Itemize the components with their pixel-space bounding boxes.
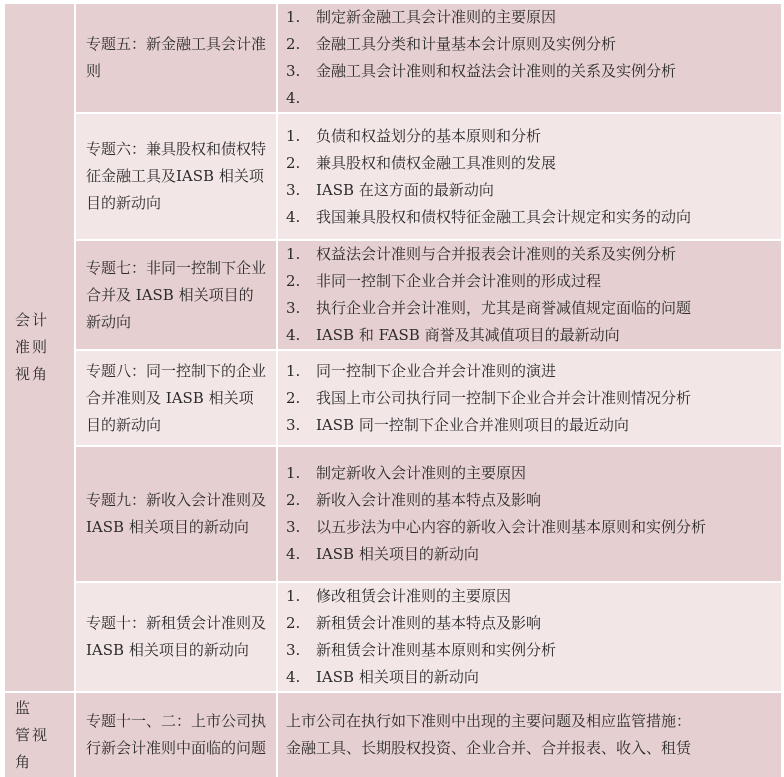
list-item: 2.兼具股权和债权金融工具准则的发展 (282, 150, 775, 177)
list-item: 3.执行企业合并会计准则，尤其是商誉减值规定面临的问题 (282, 295, 775, 322)
table-row: 会计准则视角 专题五：新金融工具会计准则 1.制定新金融工具会计准则的主要原因 … (4, 3, 782, 113)
topic-cell: 专题七：非同一控制下企业合并及 IASB 相关项目的新动向 (75, 240, 277, 350)
item-list: 1.同一控制下企业合并会计准则的演进 2.我国上市公司执行同一控制下企业合并会计… (282, 358, 775, 439)
items-cell: 1.权益法会计准则与合并报表会计准则的关系及实例分析 2.非同一控制下企业合并会… (277, 240, 782, 350)
regulatory-line-2: 金融工具、长期股权投资、企业合并、合并报表、收入、租赁 (282, 735, 775, 762)
topic-cell: 专题十：新租赁会计准则及 IASB 相关项目的新动向 (75, 582, 277, 692)
table-row: 监 管视角 专题十一、二：上市公司执行新会计准则中面临的问题 上市公司在执行如下… (4, 692, 782, 777)
category-regulatory: 监 管视角 (4, 692, 75, 777)
list-item: 4.IASB 和 FASB 商誉及其减值项目的最新动向 (282, 322, 775, 349)
list-item: 3.金融工具会计准则和权益法会计准则的关系及实例分析 (282, 58, 775, 85)
list-item: 2.非同一控制下企业合并会计准则的形成过程 (282, 268, 775, 295)
list-item: 4.IASB 相关项目的新动向 (282, 541, 775, 568)
table-row: 专题九：新收入会计准则及 IASB 相关项目的新动向 1.制定新收入会计准则的主… (4, 446, 782, 582)
item-list: 1.制定新金融工具会计准则的主要原因 2.金融工具分类和计量基本会计原则及实例分… (282, 4, 775, 112)
topic-cell: 专题五：新金融工具会计准则 (75, 3, 277, 113)
list-item: 4.我国兼具股权和债权特征金融工具会计规定和实务的动向 (282, 204, 775, 231)
category-label: 会计准则视角 (15, 307, 55, 388)
list-item: 1.修改租赁会计准则的主要原因 (282, 583, 775, 610)
list-item: 2.金融工具分类和计量基本会计原则及实例分析 (282, 31, 775, 58)
list-item: 1.制定新收入会计准则的主要原因 (282, 460, 775, 487)
items-cell: 1.同一控制下企业合并会计准则的演进 2.我国上市公司执行同一控制下企业合并会计… (277, 350, 782, 446)
topics-table: 会计准则视角 专题五：新金融工具会计准则 1.制定新金融工具会计准则的主要原因 … (3, 2, 783, 777)
topic-cell: 专题六：兼具股权和债权特征金融工具及IASB 相关项目的新动向 (75, 113, 277, 240)
list-item: 1.权益法会计准则与合并报表会计准则的关系及实例分析 (282, 241, 775, 268)
list-item: 2.新收入会计准则的基本特点及影响 (282, 487, 775, 514)
table-row: 专题十：新租赁会计准则及 IASB 相关项目的新动向 1.修改租赁会计准则的主要… (4, 582, 782, 692)
item-list: 1.权益法会计准则与合并报表会计准则的关系及实例分析 2.非同一控制下企业合并会… (282, 241, 775, 349)
list-item: 2.新租赁会计准则的基本特点及影响 (282, 610, 775, 637)
item-list: 1.修改租赁会计准则的主要原因 2.新租赁会计准则的基本特点及影响 3.新租赁会… (282, 583, 775, 691)
regulatory-line-1: 上市公司在执行如下准则中出现的主要问题及相应监管措施： (282, 708, 775, 735)
list-item: 1.负债和权益划分的基本原则和分析 (282, 123, 775, 150)
items-cell: 1.修改租赁会计准则的主要原因 2.新租赁会计准则的基本特点及影响 3.新租赁会… (277, 582, 782, 692)
items-cell: 1.负债和权益划分的基本原则和分析 2.兼具股权和债权金融工具准则的发展 3.I… (277, 113, 782, 240)
category-label: 监 管视角 (15, 695, 55, 776)
topic-cell: 专题八：同一控制下的企业合并准则及 IASB 相关项目的新动向 (75, 350, 277, 446)
items-cell: 上市公司在执行如下准则中出现的主要问题及相应监管措施： 金融工具、长期股权投资、… (277, 692, 782, 777)
item-list: 1.制定新收入会计准则的主要原因 2.新收入会计准则的基本特点及影响 3.以五步… (282, 460, 775, 568)
topic-cell: 专题十一、二：上市公司执行新会计准则中面临的问题 (75, 692, 277, 777)
category-accounting: 会计准则视角 (4, 3, 75, 692)
list-item: 4.IASB 相关项目的新动向 (282, 664, 775, 691)
items-cell: 1.制定新金融工具会计准则的主要原因 2.金融工具分类和计量基本会计原则及实例分… (277, 3, 782, 113)
list-item: 2.我国上市公司执行同一控制下企业合并会计准则情况分析 (282, 385, 775, 412)
item-list: 1.负债和权益划分的基本原则和分析 2.兼具股权和债权金融工具准则的发展 3.I… (282, 123, 775, 231)
table-row: 专题七：非同一控制下企业合并及 IASB 相关项目的新动向 1.权益法会计准则与… (4, 240, 782, 350)
topic-cell: 专题九：新收入会计准则及 IASB 相关项目的新动向 (75, 446, 277, 582)
table-row: 专题八：同一控制下的企业合并准则及 IASB 相关项目的新动向 1.同一控制下企… (4, 350, 782, 446)
list-item: 3.IASB 同一控制下企业合并准则项目的最近动向 (282, 412, 775, 439)
list-item: 1.制定新金融工具会计准则的主要原因 (282, 4, 775, 31)
items-cell: 1.制定新收入会计准则的主要原因 2.新收入会计准则的基本特点及影响 3.以五步… (277, 446, 782, 582)
list-item: 3.IASB 在这方面的最新动向 (282, 177, 775, 204)
list-item: 3.以五步法为中心内容的新收入会计准则基本原则和实例分析 (282, 514, 775, 541)
list-item: 3.新租赁会计准则基本原则和实例分析 (282, 637, 775, 664)
list-item: 4. (282, 85, 775, 112)
table-row: 专题六：兼具股权和债权特征金融工具及IASB 相关项目的新动向 1.负债和权益划… (4, 113, 782, 240)
list-item: 1.同一控制下企业合并会计准则的演进 (282, 358, 775, 385)
